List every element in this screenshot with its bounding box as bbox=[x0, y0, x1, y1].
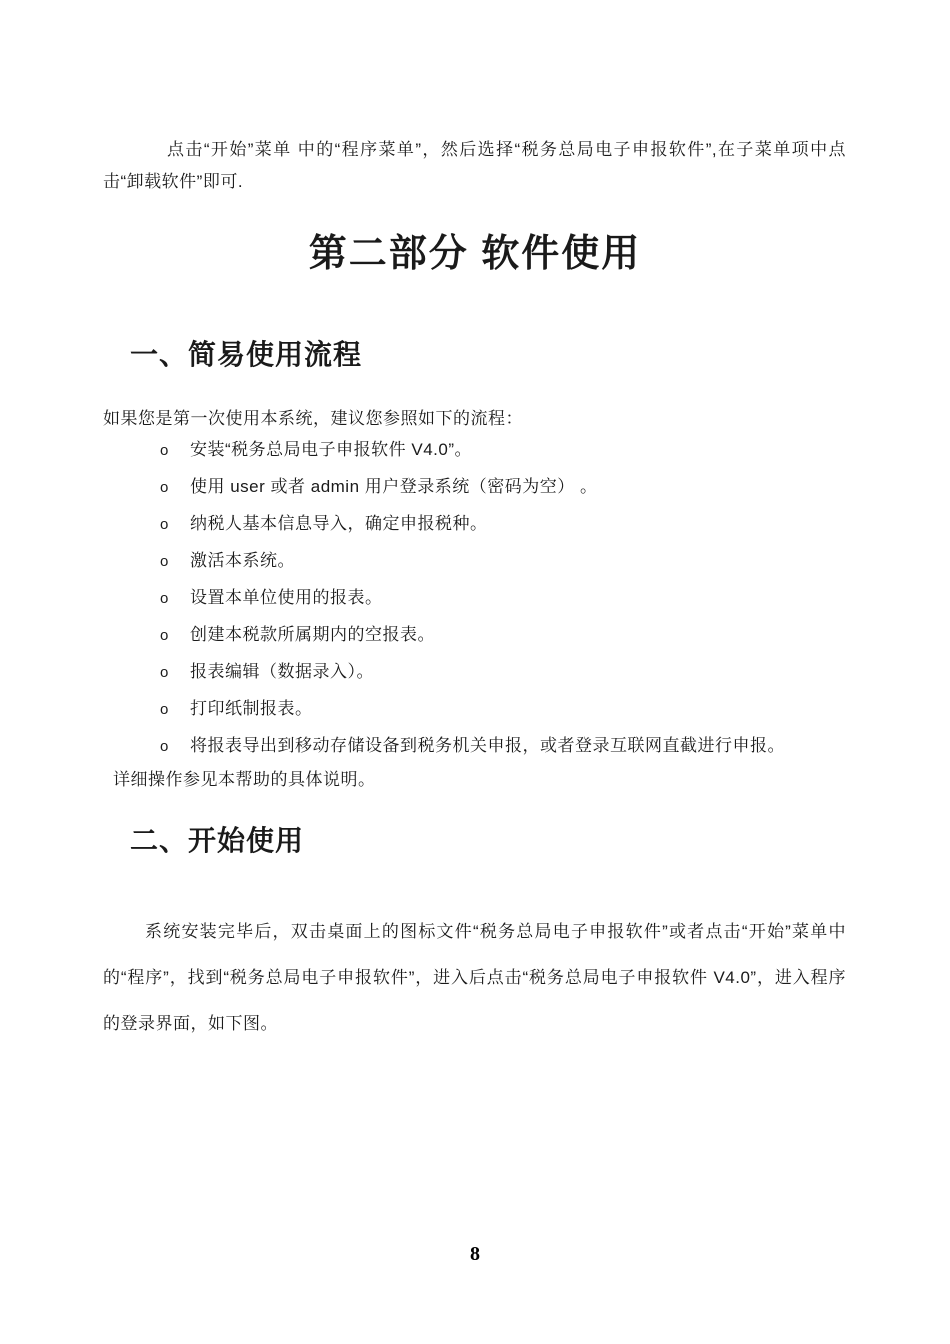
list-item-text: 安装“税务总局电子申报软件 V4.0”。 bbox=[190, 432, 472, 468]
list-bullet: o bbox=[160, 433, 190, 469]
list-item-text: 打印纸制报表。 bbox=[190, 691, 313, 727]
document-page: 点击“开始”菜单 中的“程序菜单”，然后选择“税务总局电子申报软件”,在子菜单项… bbox=[0, 0, 950, 1344]
list-bullet: o bbox=[160, 507, 190, 543]
list-item: o 激活本系统。 bbox=[103, 543, 846, 580]
part-title: 第二部分 软件使用 bbox=[0, 222, 950, 277]
list-item: o 创建本税款所属期内的空报表。 bbox=[103, 617, 846, 654]
usage-flow-intro: 如果您是第一次使用本系统，建议您参照如下的流程： bbox=[103, 406, 846, 432]
list-item-text: 使用 user 或者 admin 用户登录系统（密码为空） 。 bbox=[190, 469, 598, 505]
list-item: o 报表编辑（数据录入）。 bbox=[103, 654, 846, 691]
list-bullet: o bbox=[160, 470, 190, 506]
section-heading-simple-usage-flow: 一、简易使用流程 bbox=[130, 333, 362, 373]
list-bullet: o bbox=[160, 692, 190, 728]
list-item-text: 激活本系统。 bbox=[190, 543, 295, 579]
usage-flow-block: 如果您是第一次使用本系统，建议您参照如下的流程： o 安装“税务总局电子申报软件… bbox=[103, 406, 846, 795]
list-item-text: 创建本税款所属期内的空报表。 bbox=[190, 617, 435, 653]
list-bullet: o bbox=[160, 618, 190, 654]
usage-flow-outro: 详细操作参见本帮助的具体说明。 bbox=[103, 765, 846, 795]
list-item: o 打印纸制报表。 bbox=[103, 691, 846, 728]
list-item: o 将报表导出到移动存储设备到税务机关申报，或者登录互联网直截进行申报。 bbox=[103, 728, 846, 765]
getting-started-paragraph: 系统安装完毕后，双击桌面上的图标文件“税务总局电子申报软件”或者点击“开始”菜单… bbox=[103, 909, 846, 1047]
usage-flow-list: o 安装“税务总局电子申报软件 V4.0”。 o 使用 user 或者 admi… bbox=[103, 432, 846, 765]
list-bullet: o bbox=[160, 729, 190, 765]
list-item: o 纳税人基本信息导入，确定申报税种。 bbox=[103, 506, 846, 543]
list-item-text: 纳税人基本信息导入，确定申报税种。 bbox=[190, 506, 488, 542]
list-bullet: o bbox=[160, 544, 190, 580]
list-item: o 使用 user 或者 admin 用户登录系统（密码为空） 。 bbox=[103, 469, 846, 506]
list-item-text: 报表编辑（数据录入）。 bbox=[190, 654, 374, 690]
section-heading-getting-started: 二、开始使用 bbox=[130, 819, 304, 859]
list-item: o 安装“税务总局电子申报软件 V4.0”。 bbox=[103, 432, 846, 469]
list-bullet: o bbox=[160, 581, 190, 617]
list-item: o 设置本单位使用的报表。 bbox=[103, 580, 846, 617]
list-item-text: 将报表导出到移动存储设备到税务机关申报，或者登录互联网直截进行申报。 bbox=[190, 728, 785, 764]
page-number: 8 bbox=[0, 1243, 950, 1266]
list-bullet: o bbox=[160, 655, 190, 691]
list-item-text: 设置本单位使用的报表。 bbox=[190, 580, 383, 616]
uninstall-instructions-paragraph: 点击“开始”菜单 中的“程序菜单”，然后选择“税务总局电子申报软件”,在子菜单项… bbox=[103, 134, 846, 198]
